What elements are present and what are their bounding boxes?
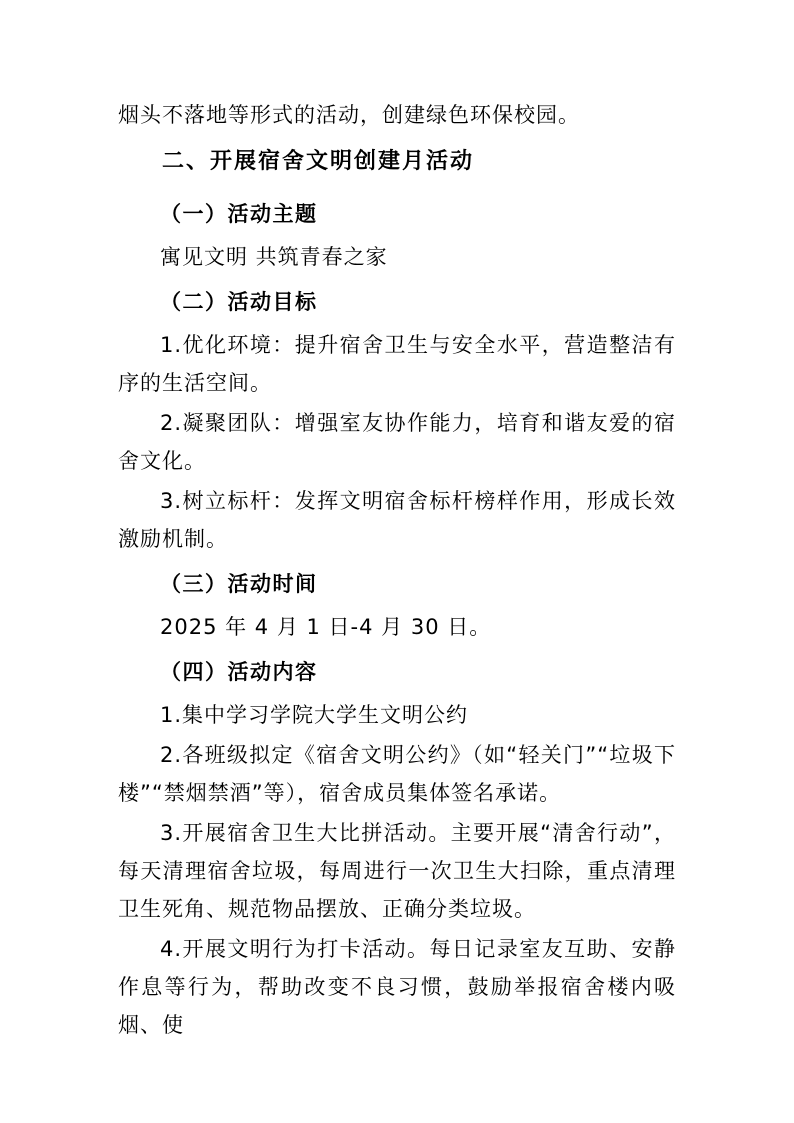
activity-theme-text: 寓见文明 共筑青春之家 [118, 238, 676, 276]
section-heading-2: 二、开展宿舍文明创建月活动 [118, 136, 676, 188]
goal-item-2: 2.凝聚团队：增强室友协作能力，培育和谐友爱的宿舍文化。 [118, 404, 676, 480]
goal-item-1: 1.优化环境：提升宿舍卫生与安全水平，营造整洁有序的生活空间。 [118, 326, 676, 402]
content-item-3: 3.开展宿舍卫生大比拼活动。主要开展“清舍行动”，每天清理宿舍垃圾，每周进行一次… [118, 814, 676, 928]
paragraph-continued-from-previous-page: 烟头不落地等形式的活动，创建绿色环保校园。 [118, 96, 676, 134]
subsection-heading-activity-time: （三）活动时间 [118, 560, 676, 608]
activity-time-text: 2025 年 4 月 1 日-4 月 30 日。 [118, 608, 676, 646]
content-item-2: 2.各班级拟定《宿舍文明公约》（如“轻关门”“垃圾下楼”“禁烟禁酒”等），宿舍成… [118, 736, 676, 812]
content-item-4-cut-off: 4.开展文明行为打卡活动。每日记录室友互助、安静作息等行为，帮助改变不良习惯，鼓… [118, 930, 676, 1044]
goal-item-3: 3.树立标杆：发挥文明宿舍标杆榜样作用，形成长效激励机制。 [118, 482, 676, 558]
content-item-1: 1.集中学习学院大学生文明公约 [118, 696, 676, 734]
document-page: 烟头不落地等形式的活动，创建绿色环保校园。 二、开展宿舍文明创建月活动 （一）活… [0, 0, 794, 1123]
document-body: 烟头不落地等形式的活动，创建绿色环保校园。 二、开展宿舍文明创建月活动 （一）活… [118, 96, 676, 1046]
subsection-heading-activity-goals: （二）活动目标 [118, 278, 676, 326]
subsection-heading-activity-content: （四）活动内容 [118, 648, 676, 696]
subsection-heading-activity-theme: （一）活动主题 [118, 190, 676, 238]
